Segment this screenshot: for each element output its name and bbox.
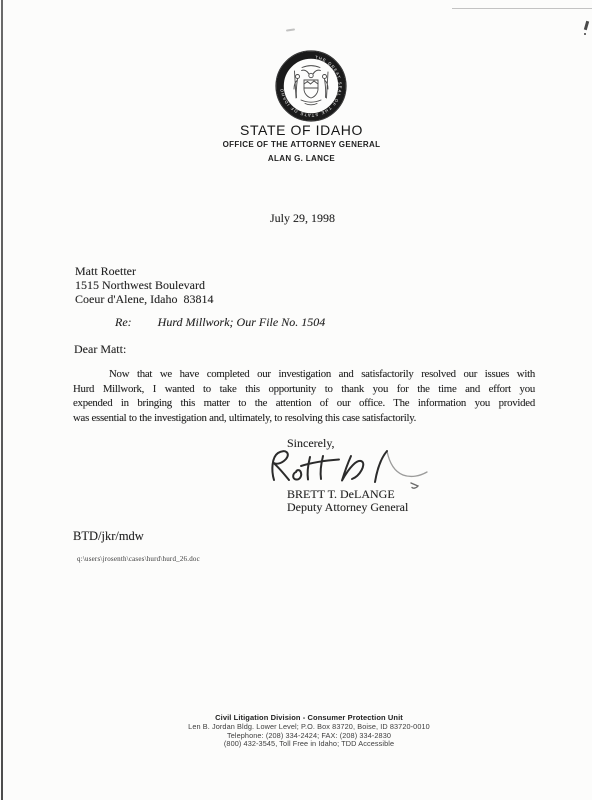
scan-artifact-top-line xyxy=(452,8,592,9)
letter-date: July 29, 1998 xyxy=(270,211,335,226)
scan-artifact-left-edge-line xyxy=(1,0,3,800)
reference-initials: BTD/jkr/mdw xyxy=(73,529,144,544)
footer-block: Civil Litigation Division - Consumer Pro… xyxy=(26,714,592,749)
footer-toll-free: (800) 432-3545, Toll Free in Idaho; TDD … xyxy=(26,740,592,749)
idaho-great-seal-icon: THE GREAT SEAL OF THE STATE OF IDAHO xyxy=(275,50,347,122)
document-file-path: q:\users\jrosenth\cases\hurd\hurd_26.doc xyxy=(77,555,200,563)
body-line: Hurd Millwork, I wanted to take this opp… xyxy=(73,382,535,397)
recipient-city-line: Coeur d'Alene, Idaho 83814 xyxy=(75,292,213,306)
re-line: Re:Hurd Millwork; Our File No. 1504 xyxy=(115,315,325,330)
letterhead-office-name: OFFICE OF THE ATTORNEY GENERAL xyxy=(11,140,592,149)
scan-artifact-smudge xyxy=(286,28,295,31)
letter-page: THE GREAT SEAL OF THE STATE OF IDAHO STA… xyxy=(0,0,592,800)
letterhead-state-name: STATE OF IDAHO xyxy=(11,122,592,138)
re-label: Re: xyxy=(115,315,132,329)
body-line: expended in bringing this matter to the … xyxy=(73,396,535,411)
re-subject: Hurd Millwork; Our File No. 1504 xyxy=(158,315,326,329)
recipient-address-block: Matt Roetter 1515 Northwest Boulevard Co… xyxy=(75,264,213,306)
salutation: Dear Matt: xyxy=(74,342,126,357)
recipient-street: 1515 Northwest Boulevard xyxy=(75,278,213,292)
body-line: Now that we have completed our investiga… xyxy=(73,367,535,382)
recipient-name: Matt Roetter xyxy=(75,264,213,278)
letterhead-attorney-general-name: ALAN G. LANCE xyxy=(11,154,592,163)
scan-artifact-right-dot xyxy=(584,33,586,35)
scan-artifact-right-mark xyxy=(584,21,589,30)
letter-body-paragraph: Now that we have completed our investiga… xyxy=(73,367,535,425)
body-line: was essential to the investigation and, … xyxy=(73,411,535,426)
signer-title: Deputy Attorney General xyxy=(287,500,408,515)
